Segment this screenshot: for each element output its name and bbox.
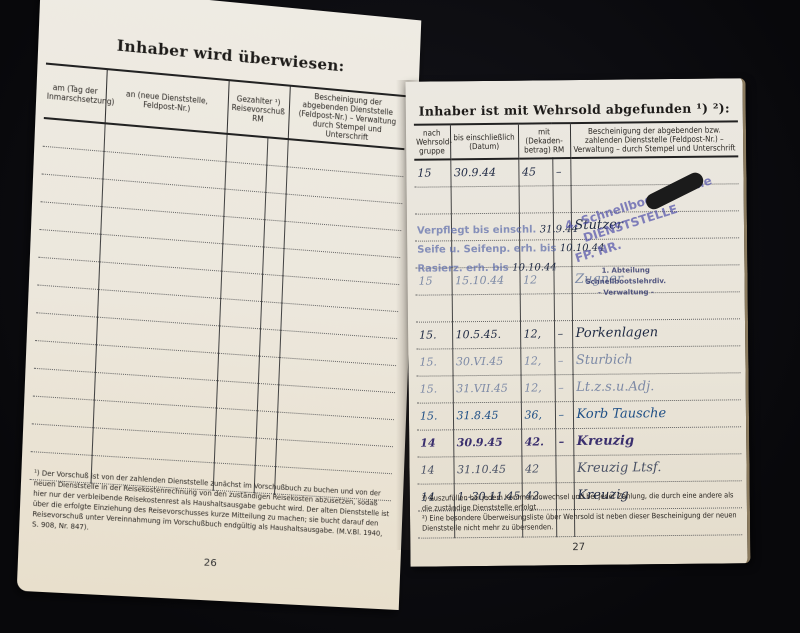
transfer-table-cell	[266, 137, 287, 166]
pay-cell-datum: 31.8.45	[453, 402, 521, 430]
pay-cell-bescheinigung: Kreuzig	[573, 426, 741, 455]
pay-cell-pf: –	[555, 428, 573, 455]
transfer-table-cell	[221, 243, 263, 273]
pay-cell-betrag: 42.	[521, 428, 555, 455]
pay-cell-betrag	[519, 185, 553, 212]
transfer-table-cell	[37, 257, 99, 289]
pay-cell-pf: –	[554, 320, 572, 347]
transfer-table-cell	[224, 161, 266, 192]
transfer-table-cell	[226, 134, 268, 165]
pay-cell-betrag: 42	[521, 455, 555, 482]
pay-table-header: nach Wehrsold-gruppe bis einschließlich …	[414, 121, 738, 159]
transfer-table-cell	[36, 284, 98, 316]
pay-cell-pf: –	[552, 158, 570, 185]
transfer-table-cell	[257, 383, 278, 412]
pay-cell-gruppe: 14	[417, 429, 453, 456]
pay-cell-gruppe: 15.	[416, 348, 452, 375]
pay-cell-bescheinigung: Korb Tausche	[573, 399, 741, 428]
pay-cell-gruppe: 15.	[417, 375, 453, 402]
column-header-travel-advance: Gezahlter ¹) Reisevorschuß RM	[227, 80, 290, 139]
pay-cell-datum: 31.VII.45	[453, 375, 521, 403]
pay-cell-datum: 31.10.45	[453, 456, 521, 484]
pay-cell-pf: –	[555, 374, 573, 401]
division-stamp: 1. Abteilung Schnellbootslehrdiv. - Verw…	[585, 265, 666, 299]
pay-cell-datum: 10.5.45.	[452, 321, 520, 349]
pay-cell-betrag: 45	[518, 158, 552, 185]
pay-table-row: 15.10.5.45.12,–Porkenlagen	[416, 318, 740, 348]
transfer-table-cell	[214, 435, 256, 465]
pay-cell-bescheinigung: Kreuzig Ltsf.	[573, 453, 741, 482]
right-page-title: Inhaber ist mit Wehrsold abgefunden ¹) ²…	[406, 100, 743, 119]
pay-cell-gruppe	[415, 186, 451, 213]
pay-cell-pf	[554, 293, 572, 320]
transfer-table-cell	[261, 274, 282, 303]
transfer-table-cell	[265, 165, 286, 194]
transfer-table-cell	[215, 408, 257, 438]
transfer-table-cell	[259, 328, 280, 357]
transfer-table-cell	[260, 301, 281, 330]
pay-cell-gruppe: 14	[417, 456, 453, 483]
pay-cell-datum: 30.VI.45	[452, 348, 520, 376]
pay-table-row: 15.30.VI.4512,–Sturbich	[416, 345, 740, 375]
transfer-table-cell	[32, 396, 94, 428]
pay-cell-bescheinigung: Porkenlagen	[572, 318, 740, 347]
pay-cell-betrag: 36,	[521, 401, 555, 428]
transfer-table: am (Tag der Inmarschsetzung) an (neue Di…	[30, 63, 407, 501]
pay-cell-pf	[555, 455, 573, 482]
column-header-certification: Bescheinigung der abgebenden bzw. zahlen…	[570, 121, 738, 158]
transfer-table-cell	[31, 423, 93, 455]
pay-cell-datum	[452, 294, 520, 322]
transfer-table-cell	[35, 312, 97, 344]
pay-cell-bescheinigung: Sturbich	[572, 345, 740, 374]
transfer-table-cell	[262, 246, 283, 275]
pay-cell-datum: 30.9.44	[450, 159, 518, 187]
pay-table-row: 15.31.VII.4512,–Lt.z.s.u.Adj.	[417, 372, 741, 402]
pay-table-row: 1431.10.4542Kreuzig Ltsf.	[417, 453, 741, 483]
column-header-pay-group: nach Wehrsold-gruppe	[414, 124, 450, 159]
transfer-table-cell	[258, 356, 279, 385]
transfer-table-cell	[256, 410, 277, 439]
pay-cell-betrag	[520, 293, 554, 320]
pay-cell-gruppe: 15	[414, 159, 450, 186]
pay-table-row: 1430.9.4542.–Kreuzig	[417, 426, 741, 456]
right-footnotes: ¹) Auszufüllen bei jedem Kommandowechsel…	[422, 490, 738, 533]
pay-cell-bescheinigung: Lt.z.s.u.Adj.	[573, 372, 741, 401]
pay-table-row: 15.31.8.4536,–Korb Tausche	[417, 399, 741, 429]
right-page: Inhaber ist mit Wehrsold abgefunden ¹) ²…	[405, 78, 750, 567]
transfer-table-cell	[264, 192, 285, 221]
transfer-table-cell	[255, 438, 276, 467]
pay-cell-pf: –	[554, 347, 572, 374]
transfer-table-cell	[217, 353, 259, 383]
transfer-table-cell	[33, 368, 95, 400]
left-page: Inhaber wird überwiesen: am (Tag der Inm…	[17, 0, 422, 610]
transfer-table-cell	[219, 298, 261, 328]
column-header-date: am (Tag der Inmarschsetzung)	[44, 64, 107, 124]
pay-cell-gruppe	[416, 294, 452, 321]
footnote-2: ²) Eine besondere Überweisungsliste über…	[422, 510, 738, 533]
pay-table-row	[416, 291, 740, 321]
pay-cell-betrag: 12,	[520, 320, 554, 347]
pay-cell-datum: 30.9.45	[453, 429, 521, 457]
transfer-table-cell	[34, 340, 96, 372]
page-number-left: 26	[204, 557, 218, 569]
transfer-table-cell	[222, 216, 264, 247]
transfer-table-cell	[220, 271, 262, 301]
column-header-amount: mit (Dekaden-betrag) RM	[518, 123, 570, 159]
transfer-table-cell	[216, 380, 258, 410]
pay-cell-gruppe: 15.	[417, 402, 453, 429]
pay-cell-bescheinigung	[570, 156, 738, 185]
pay-cell-pf	[553, 185, 571, 212]
pay-cell-datum	[451, 186, 519, 214]
pay-cell-betrag: 12,	[521, 374, 555, 401]
transfer-table-cell	[223, 189, 265, 220]
transfer-table-cell	[263, 219, 284, 248]
page-number-right: 27	[572, 542, 585, 553]
pay-cell-gruppe: 15.	[416, 321, 452, 348]
transfer-table-cell	[218, 325, 260, 355]
pay-cell-pf: –	[555, 401, 573, 428]
pay-cell-betrag: 12,	[520, 347, 554, 374]
column-header-until-date: bis einschließlich (Datum)	[450, 124, 518, 160]
